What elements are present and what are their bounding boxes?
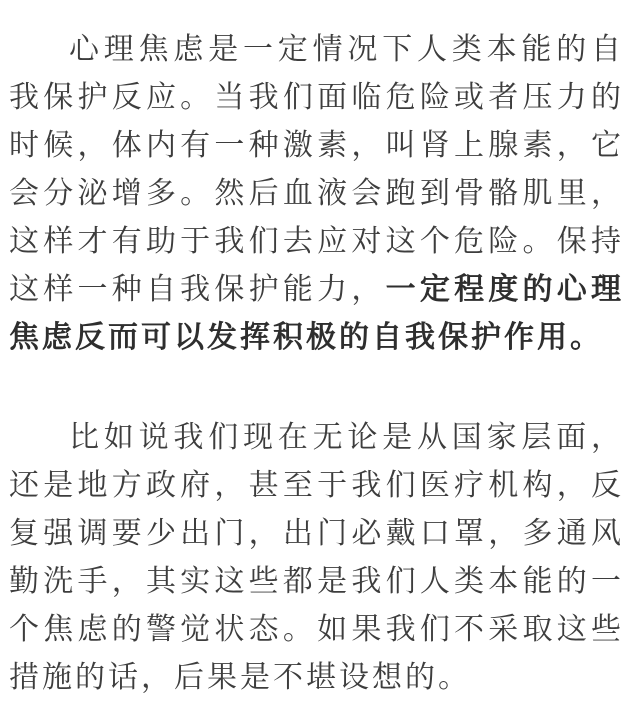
article-body: 心理焦虑是一定情况下人类本能的自我保护反应。当我们面临危险或者压力的时候，体内有… (0, 0, 633, 702)
paragraph-normal-text: 心理焦虑是一定情况下人类本能的自我保护反应。当我们面临危险或者压力的时候，体内有… (9, 33, 624, 306)
paragraph-normal-text: 比如说我们现在无论是从国家层面，还是地方政府，甚至于我们医疗机构，反复强调要少出… (9, 421, 624, 694)
paragraph-epidemic-measures: 比如说我们现在无论是从国家层面，还是地方政府，甚至于我们医疗机构，反复强调要少出… (9, 414, 624, 702)
paragraph-anxiety-self-protection: 心理焦虑是一定情况下人类本能的自我保护反应。当我们面临危险或者压力的时候，体内有… (9, 26, 624, 362)
